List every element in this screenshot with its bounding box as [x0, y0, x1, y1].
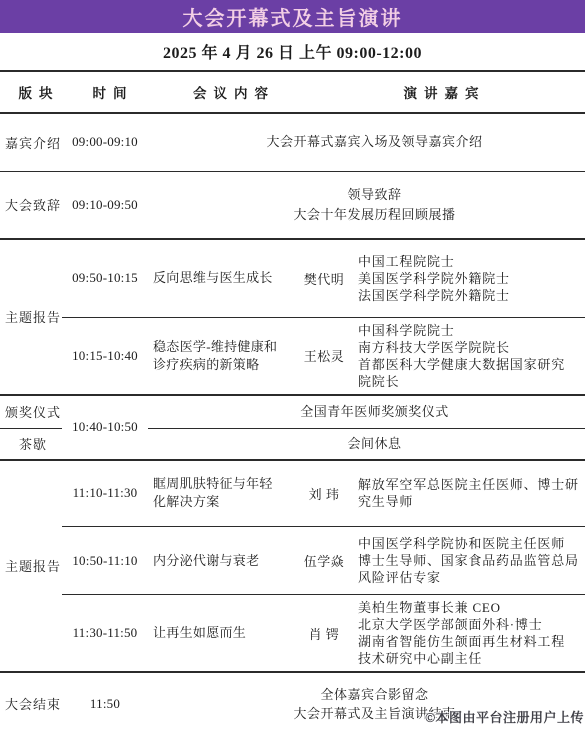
speaker-titles: 美柏生物董事长兼 CEO 北京大学医学部颌面外科·博士 湖南省智能仿生颌面再生材…: [350, 595, 585, 673]
section-label: 主题报告: [0, 239, 62, 395]
column-header-content: 会议内容: [148, 71, 298, 113]
session-content: 大会开幕式嘉宾入场及领导嘉宾介绍: [148, 113, 585, 171]
speaker-titles: 中国科学院院士 南方科技大学医学院院长 首都医科大学健康大数据国家研究 院院长: [350, 317, 585, 395]
time-slot: 11:10-11:30: [62, 460, 148, 527]
row-keynote2-talk3: 11:30-11:50 让再生如愿而生 肖 锷 美柏生物董事长兼 CEO 北京大…: [0, 595, 585, 673]
section-label: 大会结束: [0, 672, 62, 729]
page-title: 大会开幕式及主旨演讲: [183, 2, 403, 31]
speaker-name: 伍学焱: [298, 527, 350, 595]
talk-topic: 内分泌代谢与衰老: [148, 527, 298, 595]
time-slot: 10:40-10:50: [62, 395, 148, 460]
speaker-titles: 中国医学科学院协和医院主任医师 博士生导师、国家食品药品监管总局 风险评估专家: [350, 527, 585, 595]
table-header-row: 版块 时间 会议内容 演讲嘉宾: [0, 71, 585, 113]
watermark: ©本图由平台注册用户上传: [425, 707, 584, 726]
row-award-ceremony: 颁奖仪式 10:40-10:50 全国青年医师奖颁奖仪式: [0, 395, 585, 429]
schedule-table: 版块 时间 会议内容 演讲嘉宾 嘉宾介绍 09:00-09:10 大会开幕式嘉宾…: [0, 70, 585, 729]
speaker-name: 刘 玮: [298, 460, 350, 527]
title-banner: 大会开幕式及主旨演讲: [0, 0, 585, 33]
session-content: 领导致辞 大会十年发展历程回顾展播: [148, 171, 585, 239]
talk-topic: 让再生如愿而生: [148, 595, 298, 673]
session-datetime: 2025 年 4 月 26 日 上午 09:00-12:00: [0, 33, 585, 70]
conference-schedule-page: 大会开幕式及主旨演讲 2025 年 4 月 26 日 上午 09:00-12:0…: [0, 0, 585, 729]
row-keynote1-talk2: 10:15-10:40 稳态医学-维持健康和 诊疗疾病的新策略 王松灵 中国科学…: [0, 317, 585, 395]
speaker-titles: 中国工程院院士 美国医学科学院外籍院士 法国医学科学院外籍院士: [350, 239, 585, 317]
section-label: 主题报告: [0, 460, 62, 673]
time-slot: 09:10-09:50: [62, 171, 148, 239]
talk-topic: 眶周肌肤特征与年轻 化解决方案: [148, 460, 298, 527]
row-opening-speech: 大会致辞 09:10-09:50 领导致辞 大会十年发展历程回顾展播: [0, 171, 585, 239]
speaker-name: 樊代明: [298, 239, 350, 317]
section-label: 茶歇: [0, 429, 62, 460]
speaker-name: 王松灵: [298, 317, 350, 395]
column-header-speaker: 演讲嘉宾: [298, 71, 585, 113]
row-keynote2-talk1: 主题报告 11:10-11:30 眶周肌肤特征与年轻 化解决方案 刘 玮 解放军…: [0, 460, 585, 527]
time-slot: 11:50: [62, 672, 148, 729]
session-content: 全国青年医师奖颁奖仪式: [148, 395, 585, 429]
talk-topic: 稳态医学-维持健康和 诊疗疾病的新策略: [148, 317, 298, 395]
talk-topic: 反向思维与医生成长: [148, 239, 298, 317]
session-content: 会间休息: [148, 429, 585, 460]
column-header-section: 版块: [0, 71, 62, 113]
speaker-titles: 解放军空军总医院主任医师、博士研 究生导师: [350, 460, 585, 527]
time-slot: 09:00-09:10: [62, 113, 148, 171]
row-keynote1-talk1: 主题报告 09:50-10:15 反向思维与医生成长 樊代明 中国工程院院士 美…: [0, 239, 585, 317]
section-label: 嘉宾介绍: [0, 113, 62, 171]
section-label: 大会致辞: [0, 171, 62, 239]
time-slot: 10:50-11:10: [62, 527, 148, 595]
time-slot: 11:30-11:50: [62, 595, 148, 673]
speaker-name: 肖 锷: [298, 595, 350, 673]
row-keynote2-talk2: 10:50-11:10 内分泌代谢与衰老 伍学焱 中国医学科学院协和医院主任医师…: [0, 527, 585, 595]
column-header-time: 时间: [62, 71, 148, 113]
time-slot: 09:50-10:15: [62, 239, 148, 317]
section-label: 颁奖仪式: [0, 395, 62, 429]
row-guest-intro: 嘉宾介绍 09:00-09:10 大会开幕式嘉宾入场及领导嘉宾介绍: [0, 113, 585, 171]
time-slot: 10:15-10:40: [62, 317, 148, 395]
